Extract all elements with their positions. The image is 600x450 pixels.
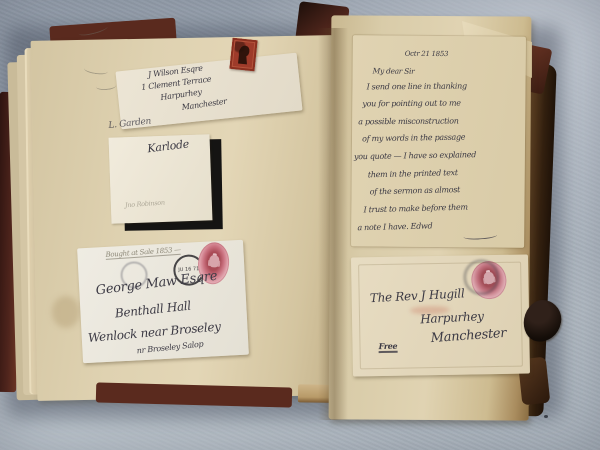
- free-frank: Free: [378, 341, 397, 353]
- page-stain: [52, 296, 80, 328]
- address-line: nr Broseley Salop: [136, 339, 203, 355]
- address-line: Harpurhey: [420, 309, 484, 326]
- address-line: Manchester: [181, 97, 227, 112]
- letter-line: I trust to make before them: [363, 203, 467, 215]
- penny-red-stamp: [229, 38, 257, 71]
- address-line: Manchester: [430, 326, 506, 346]
- handwritten-letter: Octr 21 1853 My dear Sir I send one line…: [351, 35, 526, 248]
- address-line: George Maw Esqre: [95, 269, 218, 299]
- signature-flourish: [463, 231, 497, 240]
- address-line: Benthall Hall: [114, 299, 191, 321]
- letter-date: Octr 21 1853: [405, 50, 448, 58]
- book-gutter-shadow: [318, 28, 348, 420]
- letter-line: of the sermon as almost: [370, 185, 461, 196]
- smudged-postmark: [463, 259, 500, 296]
- card-pencil-note: Jno Robinson: [125, 198, 165, 209]
- queen-victoria-profile: [233, 41, 255, 68]
- pencil-provenance-note: Bought at Sale 1853 —: [105, 246, 181, 260]
- letter-salutation: My dear Sir: [373, 66, 415, 75]
- cloth-speck: [544, 415, 548, 418]
- red-ink-smudge: [410, 306, 450, 315]
- envelope-bottom-right: The Rev J Hugill Harpurhey Manchester Fr…: [351, 254, 530, 376]
- letter-line: a possible misconstruction: [358, 116, 458, 126]
- letter-line: them in the printed text: [368, 168, 458, 179]
- envelope-bottom-left: Bought at Sale 1853 — JU 16 71 George Ma…: [77, 240, 249, 364]
- card-signature: Karlode: [147, 137, 190, 155]
- embossed-pink-stamp: [469, 259, 510, 302]
- signature-card: Karlode Jno Robinson: [109, 134, 213, 223]
- letter-line: you quote — I have so explained: [354, 150, 476, 161]
- letter-line: of my words in the passage: [362, 133, 465, 144]
- address-line: The Rev J Hugill: [370, 286, 465, 305]
- photo-postal-history-album: J Wilson Esqre 1 Clement Terrace Harpurh…: [0, 0, 600, 450]
- letter-line: I send one line in thanking: [367, 81, 467, 91]
- letter-line: a note I have. Edwd: [357, 221, 432, 232]
- letter-line: you for pointing out to me: [362, 98, 460, 108]
